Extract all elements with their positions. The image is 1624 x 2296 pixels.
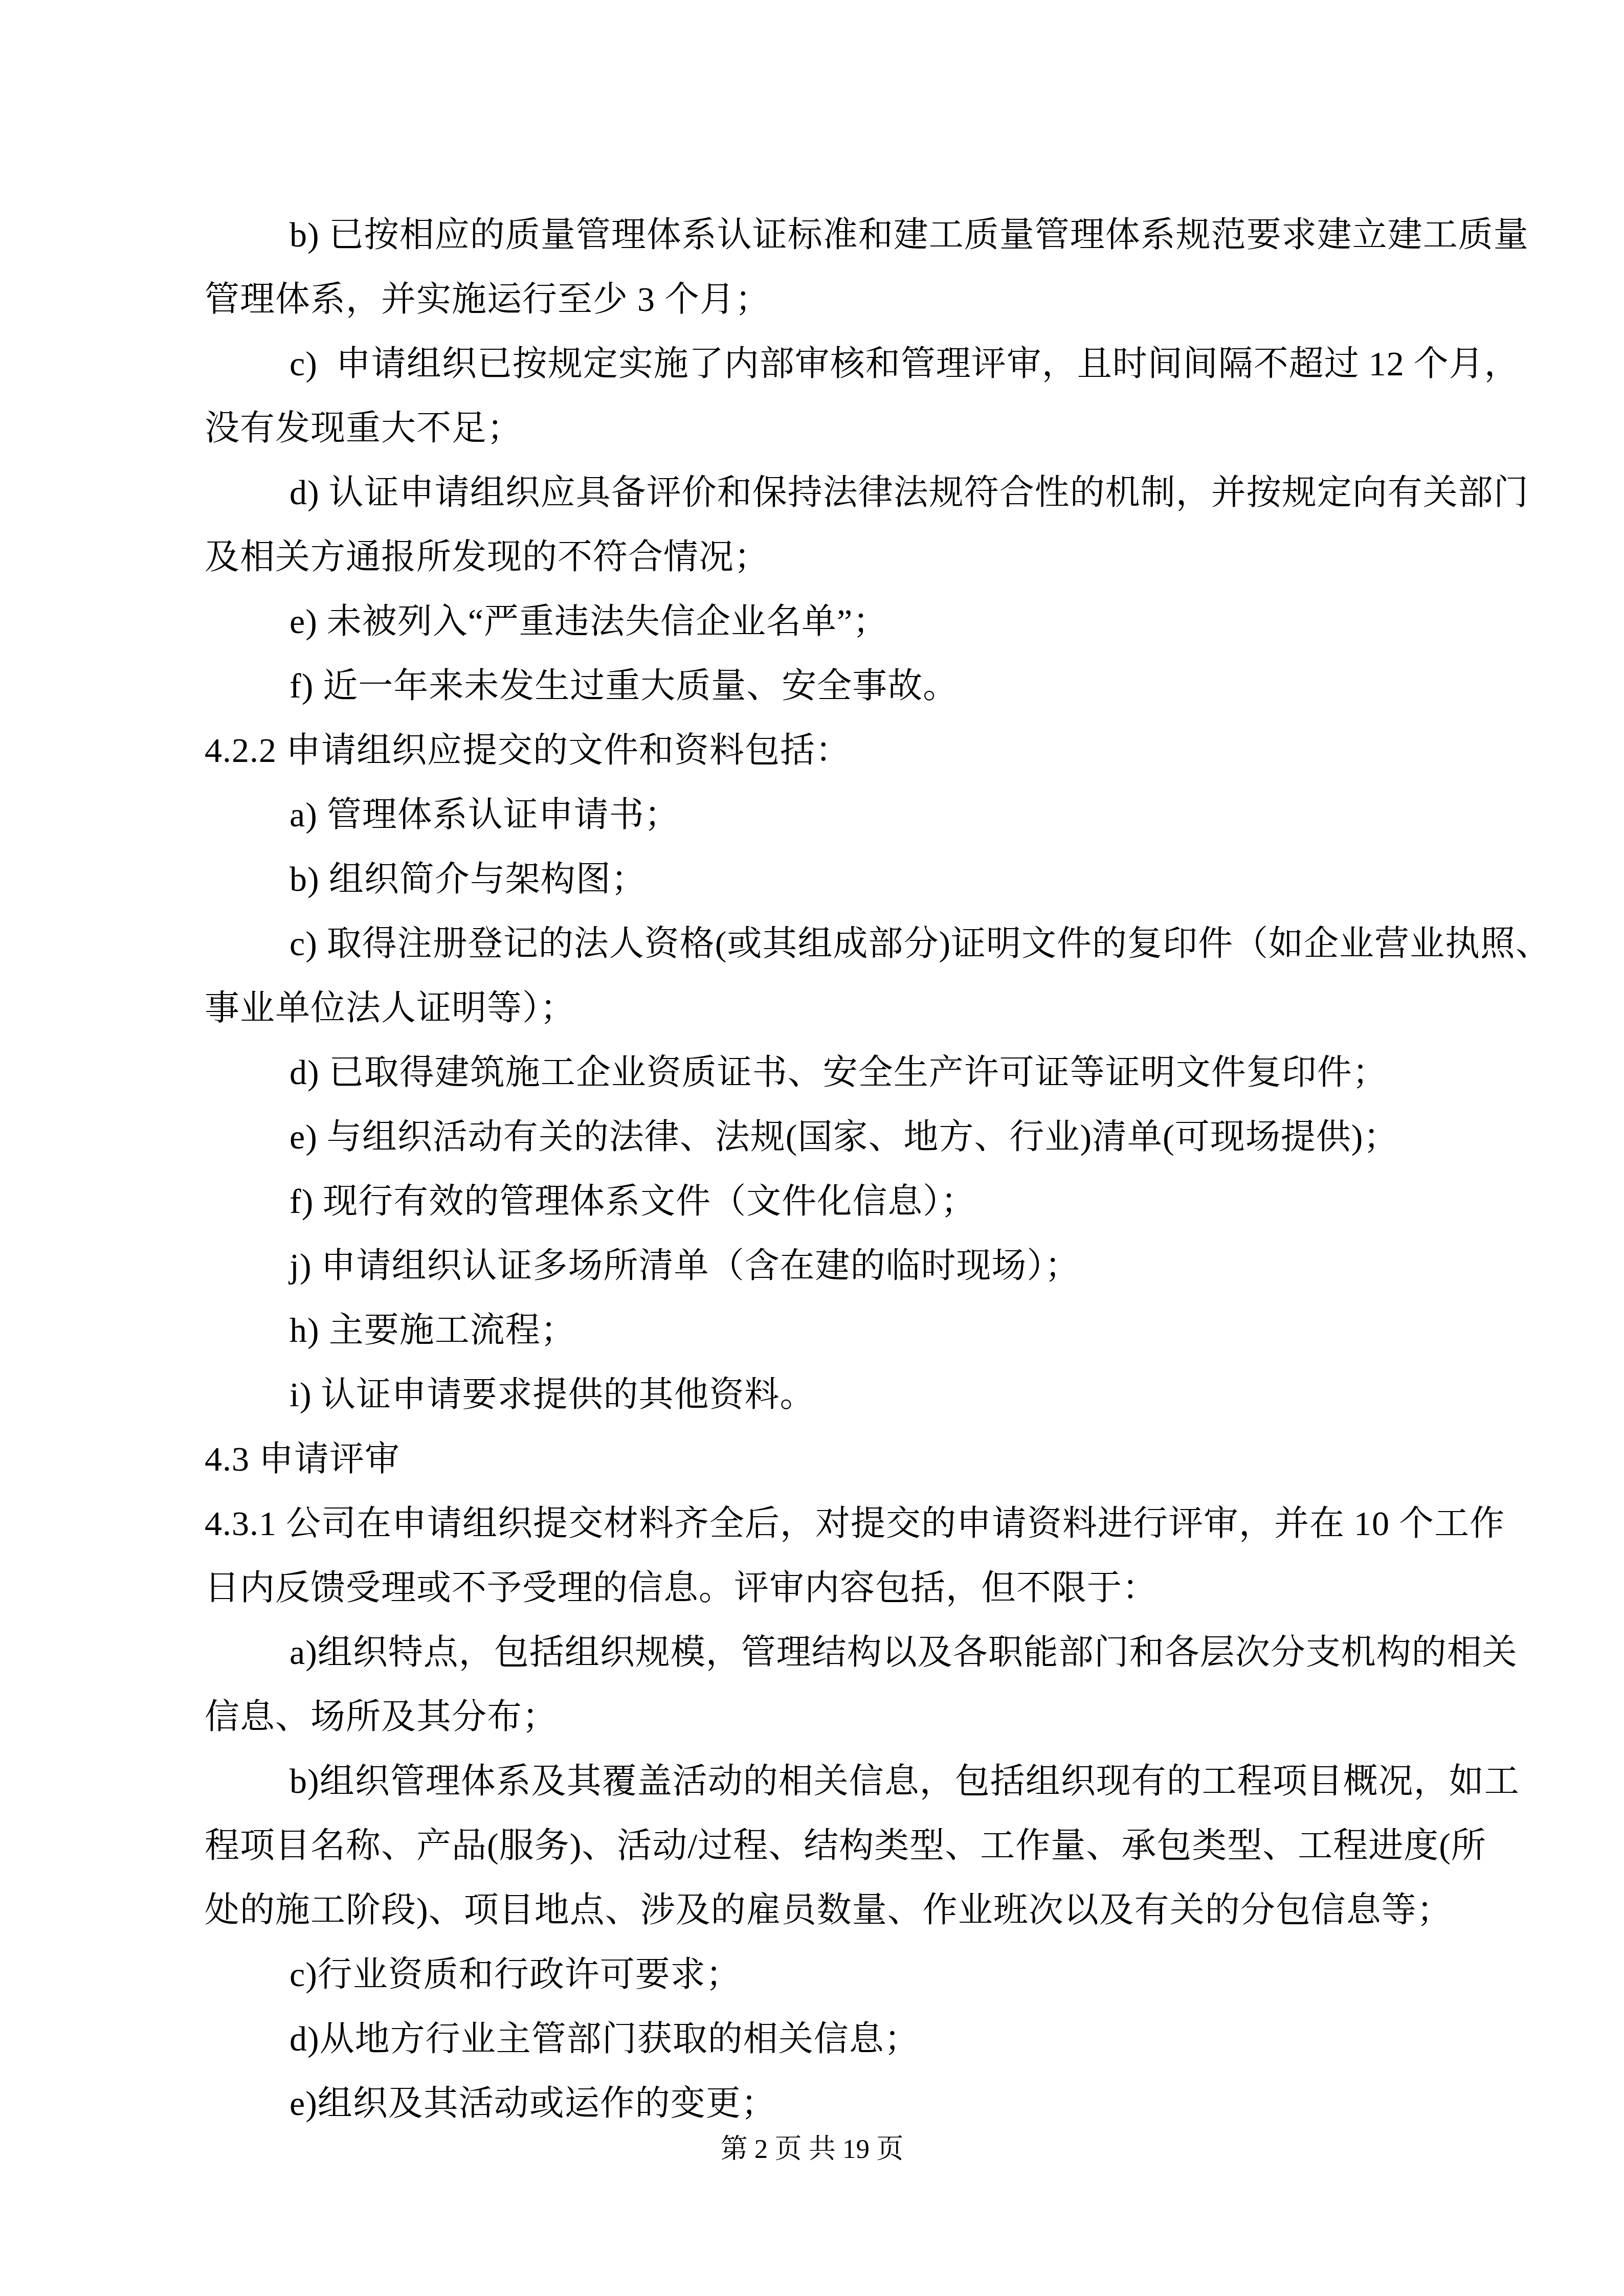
text-line: 管理体系，并实施运行至少 3 个月；	[205, 267, 1438, 331]
text-line: 程项目名称、产品(服务)、活动/过程、结构类型、工作量、承包类型、工程进度(所	[205, 1813, 1438, 1878]
list-item-line: c) 取得注册登记的法人资格(或其组成部分)证明文件的复印件（如企业营业执照、	[205, 911, 1438, 976]
list-item-line: d) 认证申请组织应具备评价和保持法律法规符合性的机制，并按规定向有关部门	[205, 460, 1438, 525]
list-item-line: f) 现行有效的管理体系文件（文件化信息）；	[205, 1169, 1438, 1233]
list-item-line: b) 已按相应的质量管理体系认证标准和建工质量管理体系规范要求建立建工质量	[205, 202, 1438, 267]
text-line: 及相关方通报所发现的不符合情况；	[205, 525, 1438, 589]
clause-heading-line: 4.3 申请评审	[205, 1427, 1438, 1491]
document-body: b) 已按相应的质量管理体系认证标准和建工质量管理体系规范要求建立建工质量 管理…	[205, 202, 1438, 2135]
list-item-line: b)组织管理体系及其覆盖活动的相关信息，包括组织现有的工程项目概况，如工	[205, 1749, 1438, 1813]
list-item-line: d) 已取得建筑施工企业资质证书、安全生产许可证等证明文件复印件；	[205, 1040, 1438, 1105]
clause-heading-line: 4.2.2 申请组织应提交的文件和资料包括：	[205, 718, 1438, 782]
text-line: 没有发现重大不足；	[205, 396, 1438, 460]
page-number-text: 第 2 页 共 19 页	[721, 2134, 904, 2164]
list-item-line: b) 组织简介与架构图；	[205, 847, 1438, 911]
list-item-line: d)从地方行业主管部门获取的相关信息；	[205, 2007, 1438, 2071]
text-line: 信息、场所及其分布；	[205, 1684, 1438, 1749]
list-item-line: j) 申请组织认证多场所清单（含在建的临时现场）；	[205, 1233, 1438, 1298]
list-item-line: f) 近一年来未发生过重大质量、安全事故。	[205, 654, 1438, 718]
page-footer: 第 2 页 共 19 页	[0, 2131, 1624, 2167]
list-item-line: h) 主要施工流程；	[205, 1298, 1438, 1362]
list-item-line: e)组织及其活动或运作的变更；	[205, 2071, 1438, 2135]
list-item-line: a)组织特点，包括组织规模，管理结构以及各职能部门和各层次分支机构的相关	[205, 1620, 1438, 1684]
list-item-line: c)行业资质和行政许可要求；	[205, 1942, 1438, 2007]
text-line: 事业单位法人证明等）；	[205, 976, 1438, 1040]
list-item-line: e) 与组织活动有关的法律、法规(国家、地方、行业)清单(可现场提供)；	[205, 1105, 1438, 1169]
text-line: 处的施工阶段)、项目地点、涉及的雇员数量、作业班次以及有关的分包信息等；	[205, 1878, 1438, 1942]
list-item-line: c) 申请组织已按规定实施了内部审核和管理评审，且时间间隔不超过 12 个月，	[205, 331, 1438, 396]
text-line: 日内反馈受理或不予受理的信息。评审内容包括，但不限于：	[205, 1556, 1438, 1620]
list-item-line: e) 未被列入“严重违法失信企业名单”；	[205, 589, 1438, 654]
list-item-line: a) 管理体系认证申请书；	[205, 782, 1438, 847]
document-page: b) 已按相应的质量管理体系认证标准和建工质量管理体系规范要求建立建工质量 管理…	[0, 0, 1624, 2296]
list-item-line: i) 认证申请要求提供的其他资料。	[205, 1362, 1438, 1427]
clause-heading-line: 4.3.1 公司在申请组织提交材料齐全后，对提交的申请资料进行评审，并在 10 …	[205, 1491, 1438, 1556]
